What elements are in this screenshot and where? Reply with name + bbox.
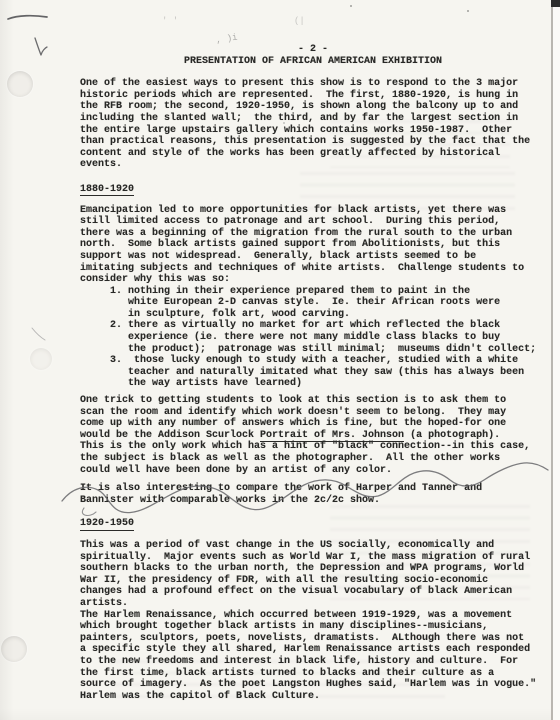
text-line: the subject is black as well as the phot… bbox=[80, 453, 546, 465]
scan-speck bbox=[467, 10, 469, 12]
text-line: which brought together black artists in … bbox=[80, 621, 546, 633]
text-line: 1920-1950 bbox=[80, 518, 546, 530]
text-line: could well have been done by an artist o… bbox=[80, 465, 546, 477]
text-line: would be the Addison Scurlock Portrait o… bbox=[80, 430, 546, 442]
scan-speck bbox=[350, 5, 352, 7]
scan-smudge-mark: (| bbox=[294, 16, 305, 26]
text-line: there was a beginning of the migration f… bbox=[80, 228, 546, 240]
text-line: historic periods which are represented. … bbox=[80, 90, 546, 102]
text-segment: would be the Addison Scurlock bbox=[80, 430, 260, 441]
text-line: the way artists have learned) bbox=[80, 378, 546, 390]
text-line: Harlem was the capitol of Black Culture. bbox=[80, 691, 546, 703]
text-line: still limited access to patronage and ar… bbox=[80, 216, 546, 228]
heading-h1920: 1920-1950 bbox=[80, 518, 546, 530]
text-line: 1. nothing in their experience prepared … bbox=[80, 286, 546, 298]
text-line: experience (ie. there were not many midd… bbox=[80, 332, 546, 344]
paragraph-onetrick: One trick to getting students to look at… bbox=[80, 395, 546, 476]
text-line: than practical reasons, this presentatio… bbox=[80, 136, 546, 148]
scan-corner-mark bbox=[551, 0, 560, 7]
text-line: This is the only work which has a hint o… bbox=[80, 441, 546, 453]
document-header: - 2 - PRESENTATION OF AFRICAN AMERICAN E… bbox=[80, 44, 546, 67]
text-line: the RFB room; the second, 1920-1950, is … bbox=[80, 101, 546, 113]
document-content: - 2 - PRESENTATION OF AFRICAN AMERICAN E… bbox=[80, 44, 546, 702]
text-line: events. bbox=[80, 159, 546, 171]
text-line: 1880-1920 bbox=[80, 184, 546, 196]
text-line: consider why this was so: bbox=[80, 274, 546, 286]
text-line: support was not widespread. Generally, b… bbox=[80, 251, 546, 263]
text-line: This was a period of vast change in the … bbox=[80, 540, 546, 552]
text-line: War II, the presidency of FDR, with all … bbox=[80, 575, 546, 587]
check-mark bbox=[35, 38, 47, 55]
text-line: changes had a profound effect on the vis… bbox=[80, 586, 546, 598]
text-line: imitating subjects and techniques of whi… bbox=[80, 263, 546, 275]
document-blocks: One of the easiest ways to present this … bbox=[80, 78, 546, 702]
text-line: the product); patronage was still minima… bbox=[80, 344, 546, 356]
scanned-document-page: { "page": { "number_label": "- 2 -", "ti… bbox=[0, 0, 560, 720]
text-line: One trick to getting students to look at… bbox=[80, 395, 546, 407]
text-line: spiritually. Major events such as World … bbox=[80, 552, 546, 564]
text-line: painters, sculptors, poets, novelists, d… bbox=[80, 633, 546, 645]
underlined-text: 1880-1920 bbox=[80, 184, 134, 197]
underlined-text: 1920-1950 bbox=[80, 518, 134, 531]
heading-h1880: 1880-1920 bbox=[80, 184, 546, 196]
text-line: 2. there as virtually no market for art … bbox=[80, 320, 546, 332]
text-line: in sculpture, folk art, wood carving. bbox=[80, 309, 546, 321]
paragraph-para1920b: The Harlem Renaissance, which occurred b… bbox=[80, 610, 546, 703]
text-line: white European 2-D canvas style. Ie. the… bbox=[80, 297, 546, 309]
paragraph-para1880: Emancipation led to more opportunities f… bbox=[80, 205, 546, 286]
text-line: including the slanted wall; the third, a… bbox=[80, 113, 546, 125]
text-line: content and style of the works has been … bbox=[80, 148, 546, 160]
faint-pen-stroke bbox=[32, 328, 45, 340]
text-segment: (a photograph). bbox=[404, 430, 500, 441]
text-line: teacher and naturally imitated what they… bbox=[80, 367, 546, 379]
numbered-list-list: 1. nothing in their experience prepared … bbox=[80, 286, 546, 390]
text-line: southern blacks to the urban north, the … bbox=[80, 563, 546, 575]
text-line: to the new freedoms and interest in blac… bbox=[80, 656, 546, 668]
text-line: The Harlem Renaissance, which occurred b… bbox=[80, 610, 546, 622]
scan-smudge-mark: ' ' bbox=[162, 16, 178, 26]
page-title: PRESENTATION OF AFRICAN AMERICAN EXHIBIT… bbox=[80, 56, 546, 68]
paragraph-italso: It is also interesting to compare the wo… bbox=[80, 483, 546, 506]
paragraph-para1: One of the easiest ways to present this … bbox=[80, 78, 546, 171]
text-line: One of the easiest ways to present this … bbox=[80, 78, 546, 90]
text-line: It is also interesting to compare the wo… bbox=[80, 483, 546, 495]
text-line: Emancipation led to more opportunities f… bbox=[80, 205, 546, 217]
text-line: 3. those lucky enough to study with a te… bbox=[80, 355, 546, 367]
text-line: a specific style they all shared, Harlem… bbox=[80, 644, 546, 656]
hole-punch-middle bbox=[30, 348, 52, 370]
text-line: the entire large upstairs gallery which … bbox=[80, 125, 546, 137]
hole-punch-top bbox=[7, 71, 33, 97]
pen-line-top-left bbox=[8, 16, 47, 19]
text-line: scan the room and identify which work do… bbox=[80, 407, 546, 419]
hole-punch-bottom bbox=[1, 636, 27, 662]
text-line: source of imagery. As the poet Langston … bbox=[80, 679, 546, 691]
page-number: - 2 - bbox=[80, 44, 546, 56]
text-line: the first time, black artists turned to … bbox=[80, 668, 546, 680]
text-line: Bannister with comparable works in the 2… bbox=[80, 495, 546, 507]
text-line: north. Some black artists gained support… bbox=[80, 239, 546, 251]
text-line: come up with any number of answers which… bbox=[80, 418, 546, 430]
text-line: artists. bbox=[80, 598, 546, 610]
paper-right-strip bbox=[553, 0, 560, 720]
paper-right-edge bbox=[551, 0, 553, 720]
paragraph-para1920a: This was a period of vast change in the … bbox=[80, 540, 546, 610]
